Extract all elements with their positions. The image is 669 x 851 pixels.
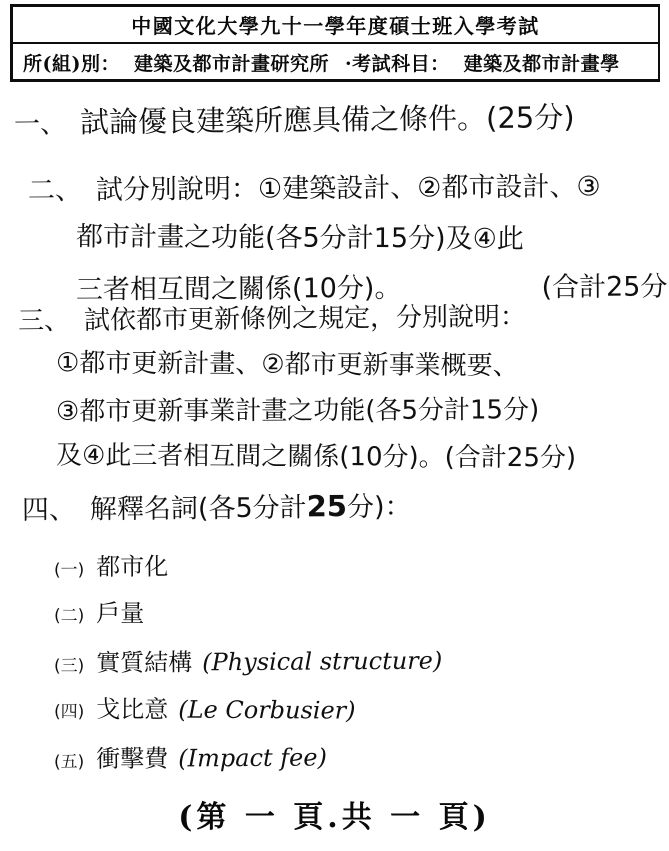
term-text: 衝擊費: [96, 739, 168, 775]
question-3-text-4: 及④此三者相互間之關係(10分)。(合計25分): [56, 435, 576, 475]
question-2-text-1: 試分別說明：①建築設計、②都市設計、③: [96, 164, 601, 207]
department-value: 建築及都市計畫研究所: [134, 49, 329, 76]
term-english: (Physical structure): [202, 647, 442, 677]
subject-value: 建築及都市計畫學: [464, 49, 620, 76]
question-3-line-2: ①都市更新計畫、②都市更新事業概要、: [56, 342, 576, 392]
question-4-title-pre: 解釋名詞(各5分計: [90, 485, 307, 526]
term-marker: (四): [54, 697, 84, 722]
question-3-number: 三、: [18, 300, 70, 337]
exam-title: 中國文化大學九十一學年度碩士班入學考試: [13, 7, 658, 44]
question-4-term-list: (一) 都市化 (二) 戶量 (三) 實質結構 (Physical struct…: [54, 546, 442, 786]
question-4-number: 四、: [22, 487, 76, 526]
question-2-number: 二、: [28, 168, 82, 207]
exam-header-info: 所(組)別： 建築及都市計畫研究所 ·考試科目： 建築及都市計畫學: [13, 44, 658, 80]
question-4-title-line: 四、 解釋名詞(各5分計 25 分)：: [22, 484, 443, 540]
term-marker: (二): [54, 601, 84, 626]
term-english: (Impact fee): [178, 743, 327, 772]
question-1-number: 一、: [14, 103, 66, 141]
term-item-urbanization: (一) 都市化: [54, 545, 443, 596]
term-item-physical-structure: (三) 實質結構 (Physical structure): [54, 641, 443, 692]
department-label: 所(組)別：: [23, 49, 120, 76]
exam-paper-page: 中國文化大學九十一學年度碩士班入學考試 所(組)別： 建築及都市計畫研究所 ·考…: [0, 0, 669, 851]
term-english: (Le Corbusier): [178, 696, 355, 725]
term-marker: (一): [54, 555, 84, 580]
question-2-text-2: 都市計畫之功能(各5分計15分)及④此: [76, 214, 524, 255]
exam-header-box: 中國文化大學九十一學年度碩士班入學考試 所(組)別： 建築及都市計畫研究所 ·考…: [10, 4, 660, 82]
term-item-household-size: (二) 戶量: [54, 593, 443, 643]
question-3-line-1: 三、 試依都市更新條例之規定，分別說明：: [18, 296, 576, 347]
question-4: 四、 解釋名詞(各5分計 25 分)： (一) 都市化 (二) 戶量 (三) 實…: [22, 486, 442, 786]
term-marker: (三): [54, 651, 84, 676]
question-3-line-4: 及④此三者相互間之關係(10分)。(合計25分): [56, 435, 576, 484]
question-1-line: 一、 試論優良建築所應具備之條件。(25分): [14, 95, 575, 142]
page-number-footer: (第 一 頁.共 一 頁): [0, 792, 669, 836]
term-marker: (五): [54, 747, 84, 772]
question-3: 三、 試依都市更新條例之規定，分別說明： ①都市更新計畫、②都市更新事業概要、 …: [18, 298, 576, 482]
question-4-title-post: 分)：: [347, 484, 412, 524]
subject-label: ·考試科目：: [345, 49, 450, 76]
question-2: 二、 試分別說明：①建築設計、②都市設計、③ 都市計畫之功能(各5分計15分)及…: [28, 166, 669, 316]
term-text: 戈比意: [96, 689, 168, 724]
question-2-line-2: 都市計畫之功能(各5分計15分)及④此: [76, 214, 669, 267]
question-3-text-3: ③都市更新事業計畫之功能(各5分計15分): [56, 389, 539, 428]
question-3-line-3: ③都市更新事業計畫之功能(各5分計15分): [56, 389, 576, 437]
question-1: 一、 試論優良建築所應具備之條件。(25分): [14, 95, 575, 142]
term-text: 都市化: [96, 547, 168, 583]
question-3-text-1: 試依都市更新條例之規定，分別說明：: [84, 296, 526, 337]
term-item-impact-fee: (五) 衝擊費 (Impact fee): [54, 737, 443, 788]
term-text: 實質結構: [96, 642, 192, 678]
question-3-text-2: ①都市更新計畫、②都市更新事業概要、: [56, 342, 519, 382]
term-item-le-corbusier: (四) 戈比意 (Le Corbusier): [54, 689, 443, 739]
question-1-text: 試論優良建築所應具備之條件。(25分): [80, 95, 575, 141]
question-2-line-1: 二、 試分別說明：①建築設計、②都市設計、③: [28, 164, 669, 219]
term-text: 戶量: [96, 593, 144, 628]
question-4-title-score: 25: [307, 489, 348, 523]
